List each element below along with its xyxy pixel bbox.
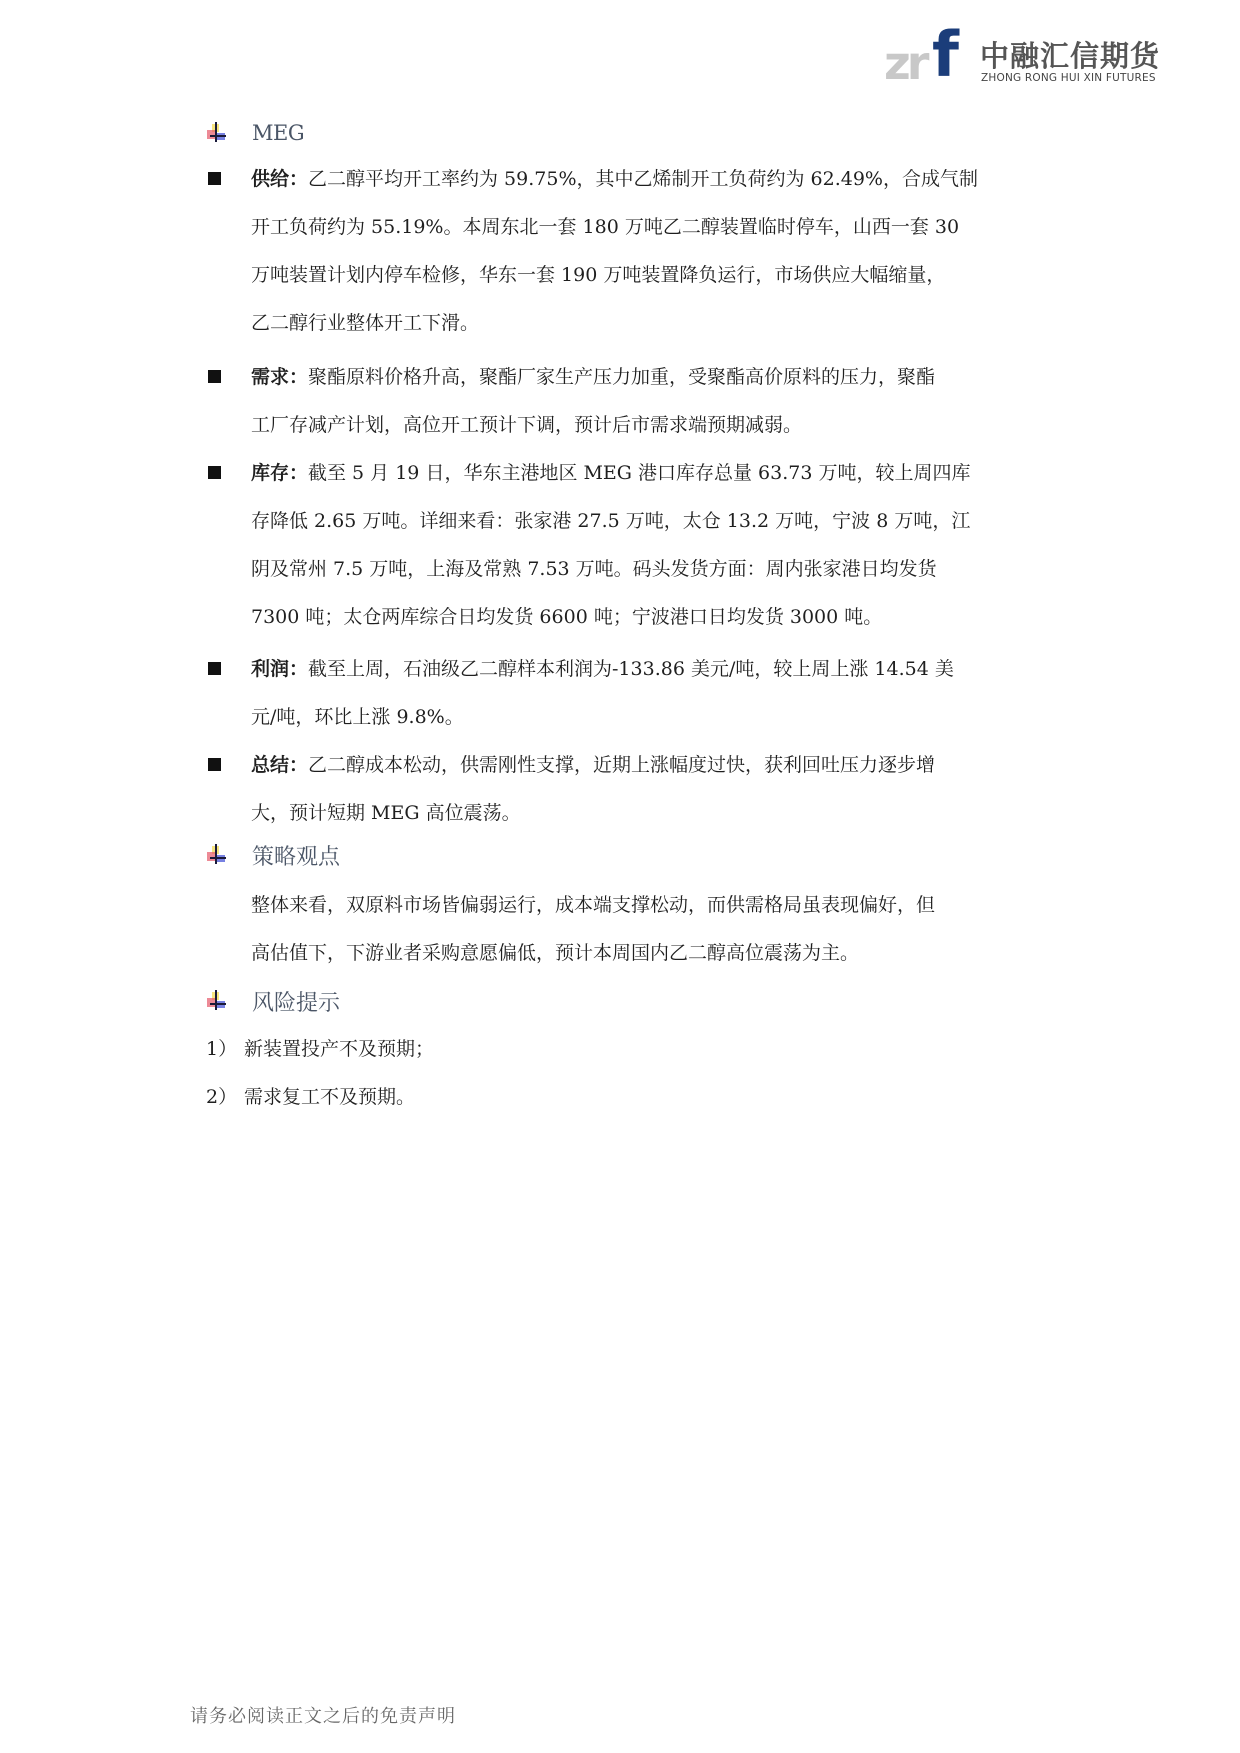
- footer-disclaimer: 请务必阅读正文之后的免责声明: [190, 1702, 456, 1728]
- square-bullet-icon: [208, 466, 221, 479]
- bullet-text: 截至上周，石油级乙二醇样本利润为-133.86 美元/吨，较上周上涨 14.54…: [308, 658, 954, 680]
- bullet-text: 乙二醇成本松动，供需刚性支撑，近期上涨幅度过快，获利回吐压力逐步增: [308, 754, 935, 776]
- square-bullet-icon: [208, 758, 221, 771]
- company-name-cn: 中融汇信期货: [980, 34, 1160, 75]
- square-bullet-icon: [208, 370, 221, 383]
- bullet-label: 需求：: [251, 366, 308, 388]
- strategy-text: 高估值下，下游业者采购意愿偏低，预计本周国内乙二醇高位震荡为主。: [251, 940, 859, 966]
- logo-mark-f: f: [932, 24, 959, 86]
- bullet-text: 万吨装置计划内停车检修，华东一套 190 万吨装置降负运行，市场供应大幅缩量，: [251, 262, 945, 288]
- bullet-label: 库存：: [251, 462, 308, 484]
- section-heading-strategy: 策略观点: [206, 838, 340, 872]
- risk-item-text: 需求复工不及预期。: [244, 1086, 415, 1108]
- plus-bullet-icon: [206, 122, 228, 144]
- heading-text: MEG: [252, 121, 304, 145]
- bullet-label: 总结：: [251, 754, 308, 776]
- square-bullet-icon: [208, 662, 221, 675]
- zrf-logo-mark: zr f: [884, 30, 974, 90]
- company-logo: zr f 中融汇信期货 ZHONG RONG HUI XIN FUTURES: [884, 30, 1174, 90]
- bullet-text: 阴及常州 7.5 万吨，上海及常熟 7.53 万吨。码头发货方面：周内张家港日均…: [251, 556, 937, 582]
- risk-item-text: 新装置投产不及预期；: [244, 1038, 434, 1060]
- risk-item: 1）新装置投产不及预期；: [206, 1036, 434, 1062]
- bullet-text: 开工负荷约为 55.19%。本周东北一套 180 万吨乙二醇装置临时停车，山西一…: [251, 214, 959, 240]
- bullet-text: 存降低 2.65 万吨。详细来看：张家港 27.5 万吨，太仓 13.2 万吨，…: [251, 508, 970, 534]
- bullet-label: 利润：: [251, 658, 308, 680]
- section-heading-risk: 风险提示: [206, 984, 340, 1018]
- risk-item-number: 2）: [206, 1084, 244, 1110]
- logo-mark-zr: zr: [884, 40, 925, 86]
- square-bullet-icon: [208, 172, 221, 185]
- bullet-text: 聚酯原料价格升高，聚酯厂家生产压力加重，受聚酯高价原料的压力，聚酯: [308, 366, 935, 388]
- bullet-label: 供给：: [251, 168, 308, 190]
- company-name-en: ZHONG RONG HUI XIN FUTURES: [981, 72, 1156, 84]
- strategy-text: 整体来看，双原料市场皆偏弱运行，成本端支撑松动，而供需格局虽表现偏好，但: [251, 892, 935, 918]
- section-heading-meg: MEG: [206, 116, 304, 150]
- plus-bullet-icon: [206, 844, 228, 866]
- risk-item: 2）需求复工不及预期。: [206, 1084, 415, 1110]
- bullet-text: 元/吨，环比上涨 9.8%。: [251, 704, 464, 730]
- heading-text: 策略观点: [252, 840, 340, 871]
- heading-text: 风险提示: [252, 986, 340, 1017]
- plus-bullet-icon: [206, 990, 228, 1012]
- bullet-text: 乙二醇行业整体开工下滑。: [251, 310, 479, 336]
- bullet-text: 工厂存减产计划，高位开工预计下调，预计后市需求端预期减弱。: [251, 412, 802, 438]
- bullet-text: 大，预计短期 MEG 高位震荡。: [251, 800, 521, 826]
- bullet-text: 7300 吨；太仓两库综合日均发货 6600 吨；宁波港口日均发货 3000 吨…: [251, 604, 882, 630]
- risk-item-number: 1）: [206, 1036, 244, 1062]
- bullet-text: 乙二醇平均开工率约为 59.75%，其中乙烯制开工负荷约为 62.49%，合成气…: [308, 168, 978, 190]
- bullet-text: 截至 5 月 19 日，华东主港地区 MEG 港口库存总量 63.73 万吨，较…: [308, 462, 970, 484]
